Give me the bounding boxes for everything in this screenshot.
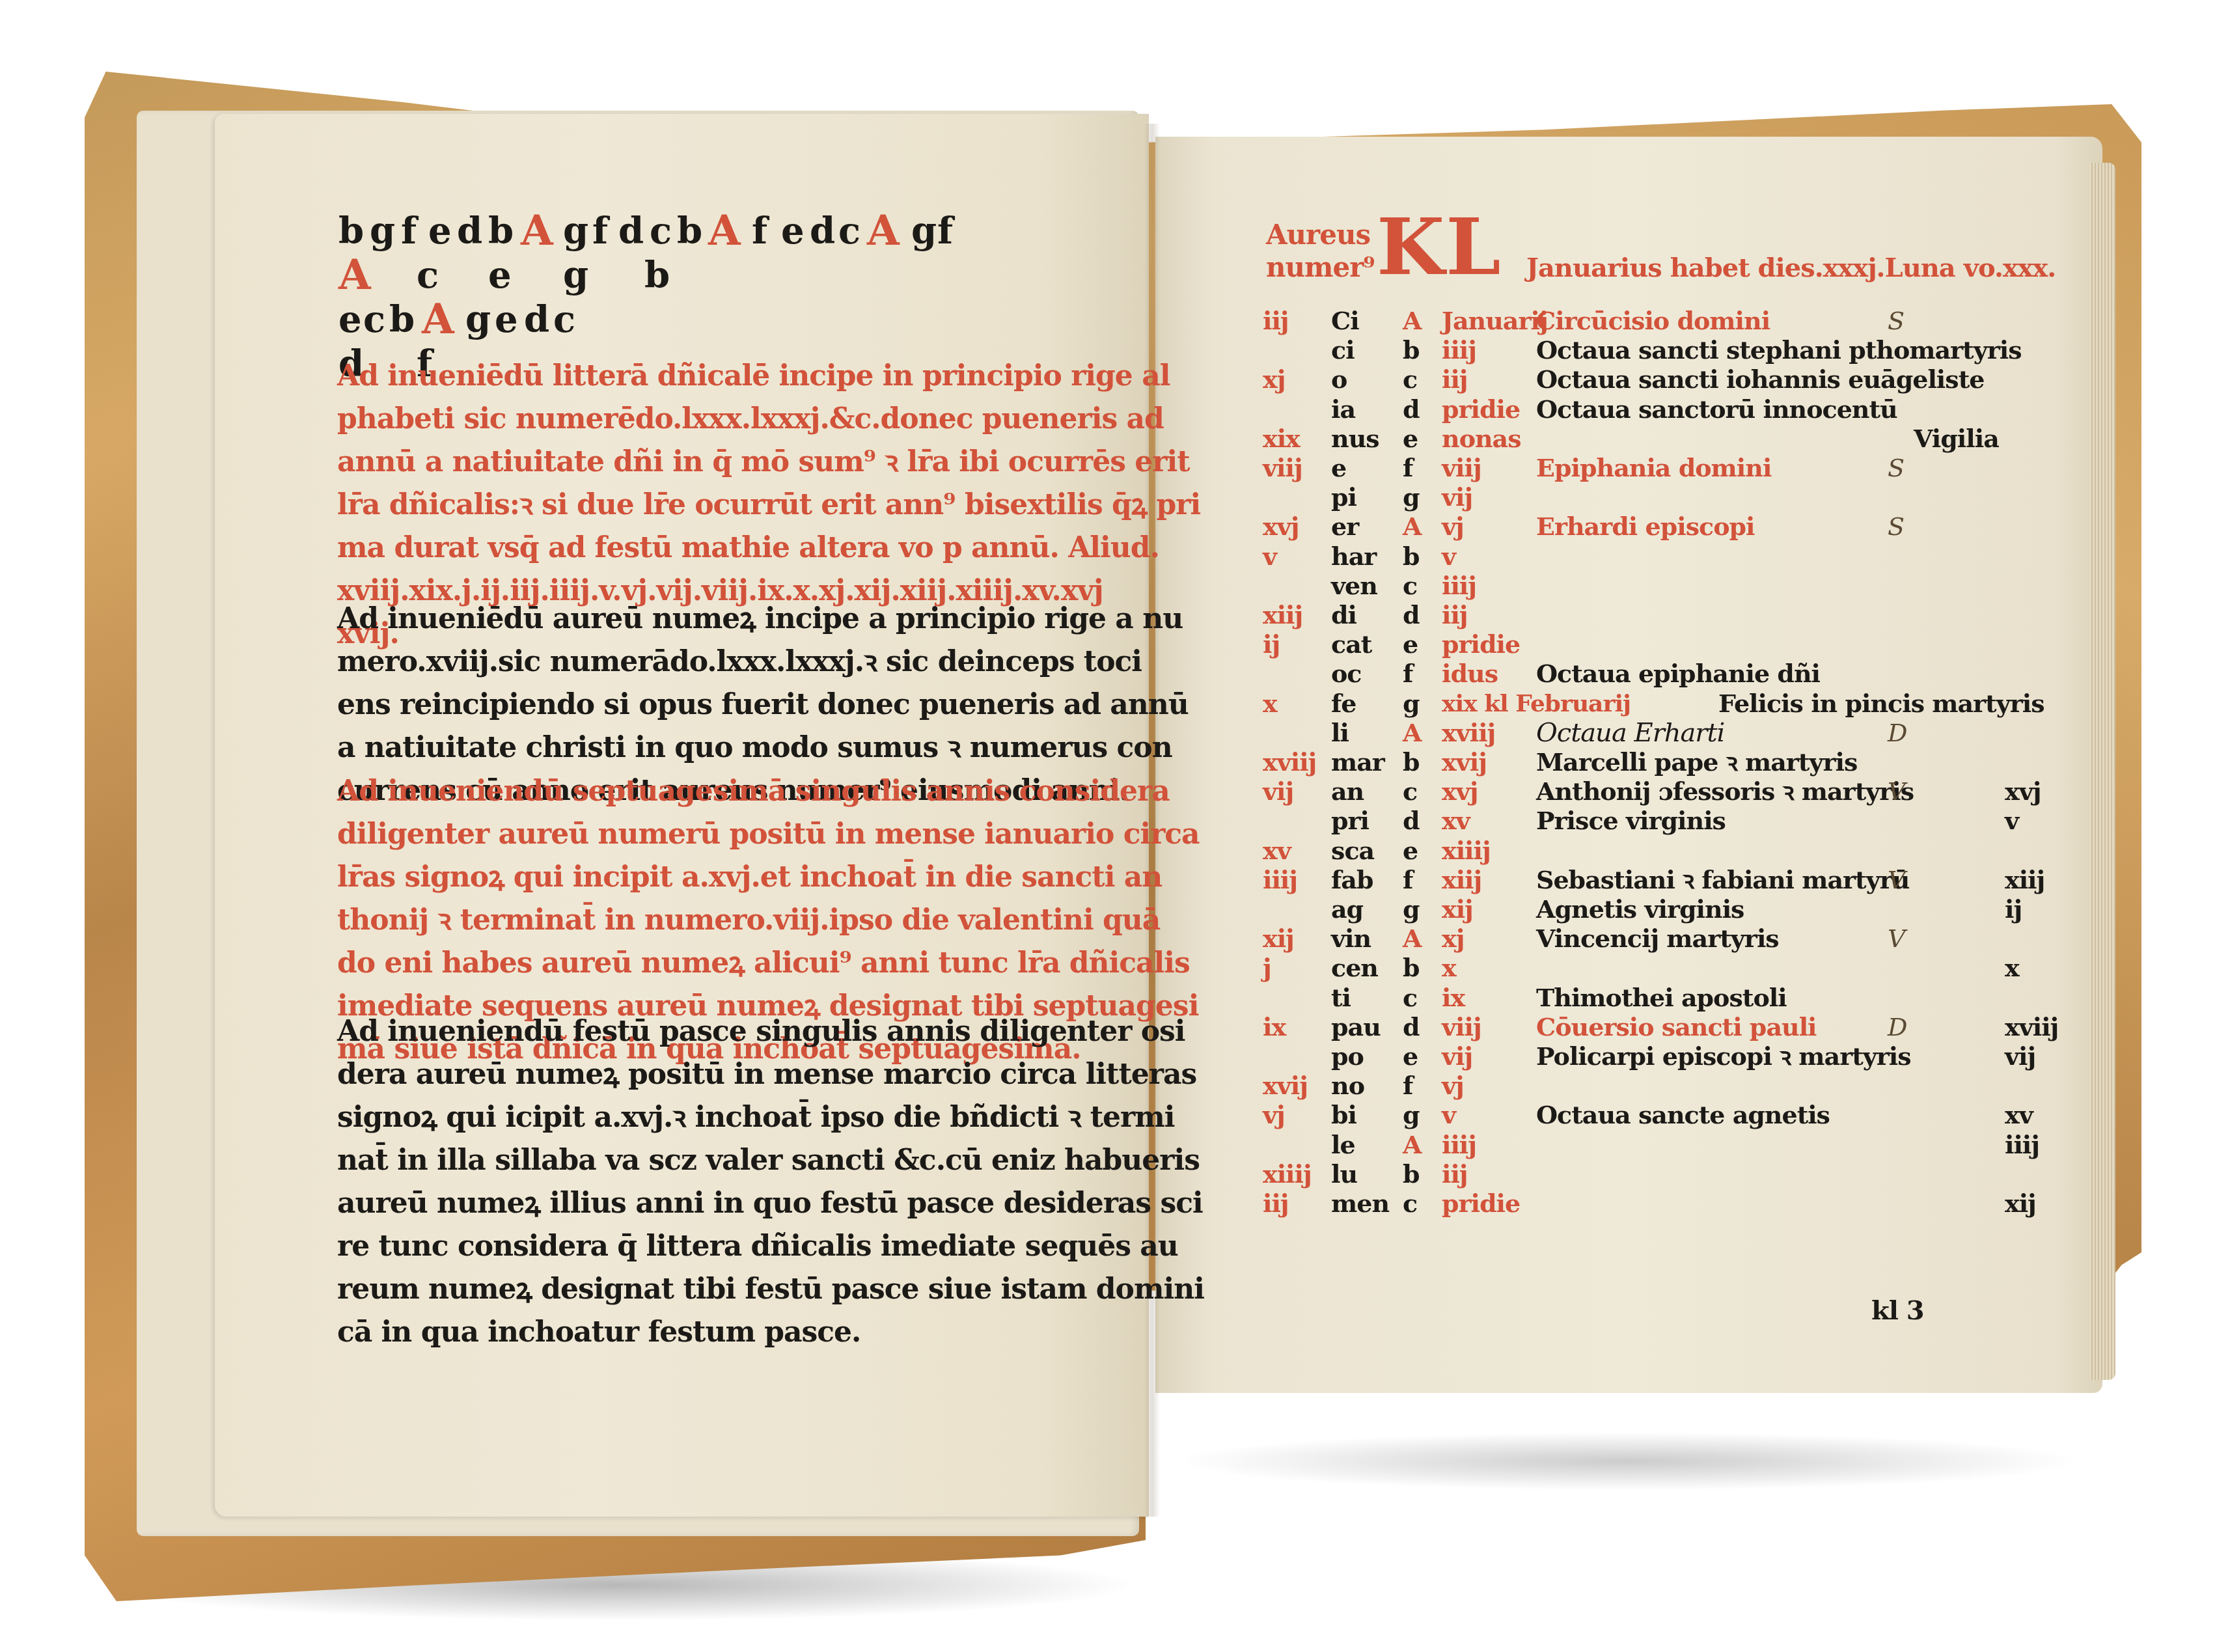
text-line: lr̄as signoꝝ qui incipit a.xvj.et inchoa…	[337, 856, 1177, 899]
golden-number: xiiij	[1263, 1159, 1312, 1189]
right-column-number: xvj	[2005, 777, 2041, 806]
dominical-letter: f	[1403, 453, 1412, 483]
cisiojanus-syllable: er	[1331, 512, 1358, 542]
manuscript-mark: D	[1888, 718, 1907, 748]
dominical-letter: e	[338, 297, 361, 342]
dominical-letter: c	[1403, 777, 1417, 806]
roman-day: x	[1442, 953, 1456, 983]
dominical-letter: c	[1403, 571, 1417, 601]
text-line: re tunc considera q̄ littera dñicalis im…	[337, 1225, 1177, 1268]
golden-number: ij	[1263, 629, 1280, 659]
cisiojanus-syllable: bi	[1331, 1100, 1356, 1130]
roman-day: iiij	[1442, 571, 1476, 601]
dominical-letter: e	[1403, 836, 1418, 866]
dominical-letter: c	[363, 297, 385, 342]
text-line: Ad inueniendū septuagesimā singulis anni…	[337, 770, 1177, 813]
golden-number: xvj	[1263, 512, 1299, 542]
roman-day: xv	[1442, 806, 1470, 836]
fore-edge	[2089, 163, 2115, 1380]
roman-day: iiij	[1442, 335, 1476, 365]
cisiojanus-syllable: ag	[1331, 894, 1363, 924]
feast-name: Anthonij ɔfessoris ꝛ martyris	[1536, 777, 1914, 806]
cisiojanus-syllable: e	[1331, 453, 1346, 483]
roman-day: iij	[1442, 1159, 1468, 1189]
letters-row-2: Acegb	[338, 253, 1185, 297]
text-line: a natiuitate christi in quo modo sumus ꝛ…	[337, 726, 1177, 769]
dominical-letter: A	[521, 208, 553, 254]
dominical-letter: d	[618, 208, 643, 254]
roman-day: idus	[1442, 659, 1498, 689]
roman-day: vij	[1442, 1041, 1472, 1071]
cisiojanus-syllable: fab	[1331, 865, 1373, 895]
dominical-letter: c	[650, 208, 671, 254]
feast-name: Agnetis virginis	[1536, 894, 1744, 924]
dominical-letter: f	[1403, 1071, 1412, 1101]
right-column-number: xv	[2005, 1100, 2033, 1130]
right-column-number: xviij	[2005, 1012, 2058, 1042]
text-line: mero.xviij.sic numerādo.lxxx.lxxxj.ꝛ sic…	[337, 640, 1177, 683]
text-line: reum numeꝝ designat tibi festū pasce siu…	[337, 1268, 1177, 1311]
roman-day: vij	[1442, 482, 1472, 512]
dominical-letter: d	[1403, 1012, 1420, 1042]
dominical-letter: c	[1403, 983, 1417, 1013]
feast-name: Thimothei apostoli	[1536, 983, 1787, 1013]
manuscript-mark: V	[1888, 924, 1905, 954]
feast-name: Cōuersio sancti pauli	[1536, 1012, 1817, 1042]
roman-day: xiiij	[1442, 836, 1491, 866]
heading-line: Aureus	[1266, 219, 1375, 251]
dominical-letter: f	[401, 208, 416, 254]
dominical-letter: g	[1403, 894, 1420, 924]
cisiojanus-syllable: cen	[1331, 953, 1378, 983]
dominical-letter: g	[465, 297, 490, 342]
cisiojanus-syllable: mar	[1331, 747, 1384, 777]
feast-name: Octaua epiphanie dñi	[1536, 659, 1820, 689]
dominical-letter: A	[708, 208, 740, 254]
roman-day: xiij	[1442, 865, 1481, 895]
roman-day: pridie	[1442, 629, 1520, 659]
roman-day: xvj	[1442, 777, 1478, 806]
cisiojanus-syllable: an	[1331, 777, 1364, 806]
text-line: Ad inueniēdū aureū numeꝝ incipe a princi…	[337, 598, 1177, 640]
cisiojanus-syllable: po	[1331, 1041, 1364, 1071]
golden-number: iij	[1263, 1189, 1289, 1218]
dominical-letter: b	[1403, 542, 1420, 571]
paragraph-easter: Ad inueniendū festū pasce singulis annis…	[337, 1010, 1177, 1354]
dominical-letter: A	[1403, 718, 1421, 748]
feast-name: Felicis in pincis martyris	[1718, 689, 2044, 719]
dominical-letter: b	[338, 208, 363, 254]
month-title: Januarius habet dies.xxxj.Luna vo.xxx.	[1526, 253, 2056, 283]
kalends-initial: KL	[1377, 208, 1502, 286]
right-column-number: xiij	[2005, 865, 2044, 895]
cisiojanus-syllable: li	[1331, 718, 1349, 748]
text-line: Ad inueniēdū litterā dñicalē incipe in p…	[337, 355, 1177, 398]
dominical-letter: e	[1403, 629, 1418, 659]
dominical-letter: b	[1403, 747, 1420, 777]
dominical-letter: c	[1403, 1189, 1417, 1218]
dominical-letter: A	[1403, 306, 1421, 336]
roman-day: viij	[1442, 453, 1481, 483]
roman-day: pridie	[1442, 1189, 1520, 1218]
roman-day: v	[1442, 542, 1455, 571]
cisiojanus-syllable: vin	[1331, 924, 1371, 954]
golden-number: xv	[1263, 836, 1291, 866]
feast-name: Octaua sancte agnetis	[1536, 1100, 1830, 1130]
dominical-letter: A	[1403, 1130, 1421, 1160]
golden-number: iij	[1263, 306, 1289, 336]
feast-name: Policarpi episcopi ꝛ martyris	[1536, 1041, 1911, 1071]
feast-name: Vincencij martyris	[1536, 924, 1779, 954]
manuscript-mark: S	[1888, 453, 1904, 483]
letters-row-3: ecbAgedc	[338, 297, 1185, 341]
dominical-letter: f	[937, 208, 952, 254]
vigil-label: Vigilia	[1914, 424, 1999, 454]
feast-name: Erhardi episcopi	[1536, 512, 1755, 542]
cisiojanus-syllable: cat	[1331, 629, 1371, 659]
dominical-letter: g	[1403, 1100, 1420, 1130]
feast-name: Sebastiani ꝛ fabiani martyrū	[1536, 865, 1909, 895]
right-column-number: xij	[2005, 1189, 2036, 1218]
golden-number: vij	[1263, 777, 1293, 806]
feast-name: Prisce virginis	[1536, 806, 1726, 836]
cisiojanus-syllable: le	[1331, 1130, 1355, 1160]
cisiojanus-syllable: ia	[1331, 394, 1355, 424]
dominical-letter: d	[1403, 806, 1420, 836]
dominical-letter: A	[1403, 512, 1421, 542]
dominical-letter: g	[563, 208, 588, 254]
text-line: dera aureū numeꝝ positū in mense marcio …	[337, 1053, 1177, 1096]
dominical-letter: g	[1403, 689, 1420, 719]
text-line: annū a natiuitate dñi in q̄ mō sum⁹ ꝛ lr…	[337, 441, 1177, 484]
cisiojanus-syllable: oc	[1331, 659, 1361, 689]
text-line: cā in qua inchoatur festum pasce.	[337, 1311, 1177, 1354]
golden-number: j	[1263, 953, 1271, 983]
golden-number: v	[1263, 542, 1276, 571]
dominical-letter: f	[752, 208, 767, 254]
right-column-number: iiij	[2005, 1130, 2039, 1160]
cisiojanus-syllable: fe	[1331, 689, 1356, 719]
manuscript-mark: S	[1888, 306, 1904, 336]
book-shadow-right	[1172, 1432, 2083, 1491]
roman-day: xviij	[1442, 718, 1495, 748]
right-column-number: x	[2005, 953, 2019, 983]
golden-number: xviij	[1263, 747, 1316, 777]
dominical-letter: e	[781, 208, 804, 254]
dominical-letter: e	[1403, 1041, 1418, 1071]
roman-day: viij	[1442, 1012, 1481, 1042]
cisiojanus-syllable: nus	[1331, 424, 1379, 454]
dominical-letter: e	[1403, 424, 1418, 454]
dominical-letter: c	[1403, 365, 1417, 394]
feast-name: Octaua sanctorū innocentū	[1536, 394, 1897, 424]
dominical-letter: f	[592, 208, 607, 254]
cisiojanus-syllable: men	[1331, 1189, 1389, 1218]
cisiojanus-syllable: har	[1331, 542, 1376, 571]
roman-day: iiij	[1442, 1130, 1476, 1160]
golden-number: viij	[1263, 453, 1302, 483]
dominical-letter: A	[422, 297, 454, 342]
roman-day: xvij	[1442, 747, 1487, 777]
manuscript-mark: V	[1888, 865, 1905, 895]
cisiojanus-syllable: pri	[1331, 806, 1369, 836]
roman-day: xix kl Februarij	[1442, 689, 1631, 719]
dominical-letter: A	[867, 208, 899, 254]
heading-line: numer⁹	[1266, 251, 1375, 284]
dominical-letter: A	[1403, 924, 1421, 954]
golden-number: iiij	[1263, 865, 1297, 895]
right-column-number: ij	[2005, 894, 2022, 924]
dominical-letter: b	[1403, 953, 1420, 983]
dominical-letter: g	[911, 208, 936, 254]
dominical-letter: b	[488, 208, 513, 254]
right-column-number: v	[2005, 806, 2018, 836]
cisiojanus-syllable: pi	[1331, 482, 1356, 512]
dominical-letter: b	[1403, 335, 1420, 365]
text-line: ma durat vsq̄ ad festū mathie altera vo …	[337, 527, 1177, 570]
dominical-letter: g	[370, 208, 394, 254]
feast-name: Marcelli pape ꝛ martyris	[1536, 747, 1857, 777]
dominical-letter: b	[389, 297, 414, 342]
dominical-letter: b	[677, 208, 702, 254]
roman-day: vj	[1442, 1071, 1464, 1101]
golden-number: xj	[1263, 365, 1285, 394]
cisiojanus-syllable: ci	[1331, 335, 1355, 365]
cisiojanus-syllable: o	[1331, 365, 1347, 394]
text-line: ens reincipiendo si opus fuerit donec pu…	[337, 683, 1177, 726]
aureus-numerus-heading: Aureus numer⁹	[1266, 219, 1375, 284]
letters-row-1: bgfedbAgfdcbAfedcAgf	[338, 208, 1185, 253]
feast-name: Octaua sancti stephani pthomartyris	[1536, 335, 2022, 365]
roman-day: Januarij	[1442, 306, 1548, 336]
text-line: lr̄a dñicalis:ꝛ si due lr̄e ocurrūt erit…	[337, 484, 1177, 527]
text-line: do eni habes aureū numeꝝ alicui⁹ anni tu…	[337, 942, 1177, 985]
manuscript-mark: D	[1888, 1012, 1907, 1042]
roman-day: pridie	[1442, 394, 1520, 424]
dominical-letter: d	[1403, 600, 1420, 630]
text-line: thonij ꝛ terminat̄ in numero.viij.ipso d…	[337, 899, 1177, 942]
manuscript-mark: V	[1888, 777, 1905, 806]
dominical-letter: d	[810, 208, 834, 254]
text-line: aureū numeꝝ illius anni in quo festū pas…	[337, 1182, 1177, 1225]
text-line: Ad inueniendū festū pasce singulis annis…	[337, 1010, 1177, 1053]
manuscript-mark: S	[1888, 512, 1904, 542]
cisiojanus-syllable: lu	[1331, 1159, 1357, 1189]
text-line: nat̄ in illa sillaba va scz valer sancti…	[337, 1139, 1177, 1182]
dominical-letter: c	[417, 253, 438, 298]
golden-number: x	[1263, 689, 1277, 719]
cisiojanus-syllable: no	[1331, 1071, 1364, 1101]
dominical-letter: g	[563, 253, 588, 298]
feast-name: Epiphania domini	[1536, 453, 1771, 483]
roman-day: xj	[1442, 924, 1464, 954]
roman-day: xij	[1442, 894, 1473, 924]
dominical-letter: d	[1403, 394, 1420, 424]
dominical-letter: g	[1403, 482, 1420, 512]
dominical-letter: c	[838, 208, 860, 254]
golden-number: xij	[1263, 924, 1294, 954]
golden-number: vj	[1263, 1100, 1285, 1130]
right-column-number: vij	[2005, 1041, 2035, 1071]
text-line: phabeti sic numerēdo.lxxx.lxxxj.&c.donec…	[337, 398, 1177, 441]
dominical-letter: d	[524, 297, 549, 342]
roman-day: v	[1442, 1100, 1455, 1130]
cisiojanus-syllable: ti	[1331, 983, 1351, 1013]
feast-name: Circūcisio domini	[1536, 306, 1770, 336]
text-line: diligenter aureū numerū positū in mense …	[337, 813, 1177, 856]
signature-mark: kl 3	[1871, 1295, 1924, 1326]
roman-day: nonas	[1442, 424, 1521, 454]
text-line: signoꝝ qui icipit a.xvj.ꝛ inchoat̄ ipso …	[337, 1096, 1177, 1139]
feast-name: Octaua sancti iohannis euāgeliste	[1536, 365, 1984, 394]
dominical-letter: e	[428, 208, 451, 254]
dominical-letter: c	[553, 297, 575, 342]
golden-number: ix	[1263, 1012, 1286, 1042]
dominical-letter: e	[488, 253, 511, 298]
dominical-letter: A	[338, 253, 370, 298]
dominical-letter: e	[495, 297, 517, 342]
dominical-letter: f	[1403, 659, 1412, 689]
golden-number: xvij	[1263, 1071, 1308, 1101]
roman-day: iij	[1442, 365, 1468, 394]
golden-number: xiij	[1263, 600, 1302, 630]
roman-day: ix	[1442, 983, 1465, 1013]
cisiojanus-syllable: Ci	[1331, 306, 1359, 336]
feast-name: Octaua Erharti	[1536, 718, 1724, 748]
golden-number: xix	[1263, 424, 1300, 454]
dominical-letter: b	[1403, 1159, 1420, 1189]
cisiojanus-syllable: ven	[1331, 571, 1377, 601]
cisiojanus-syllable: pau	[1331, 1012, 1381, 1042]
roman-day: iij	[1442, 600, 1468, 630]
roman-day: vj	[1442, 512, 1464, 542]
dominical-letter: b	[644, 253, 669, 298]
cisiojanus-syllable: di	[1331, 600, 1356, 630]
dominical-letter: d	[457, 208, 482, 254]
cisiojanus-syllable: sca	[1331, 836, 1374, 866]
dominical-letter: f	[1403, 865, 1412, 895]
